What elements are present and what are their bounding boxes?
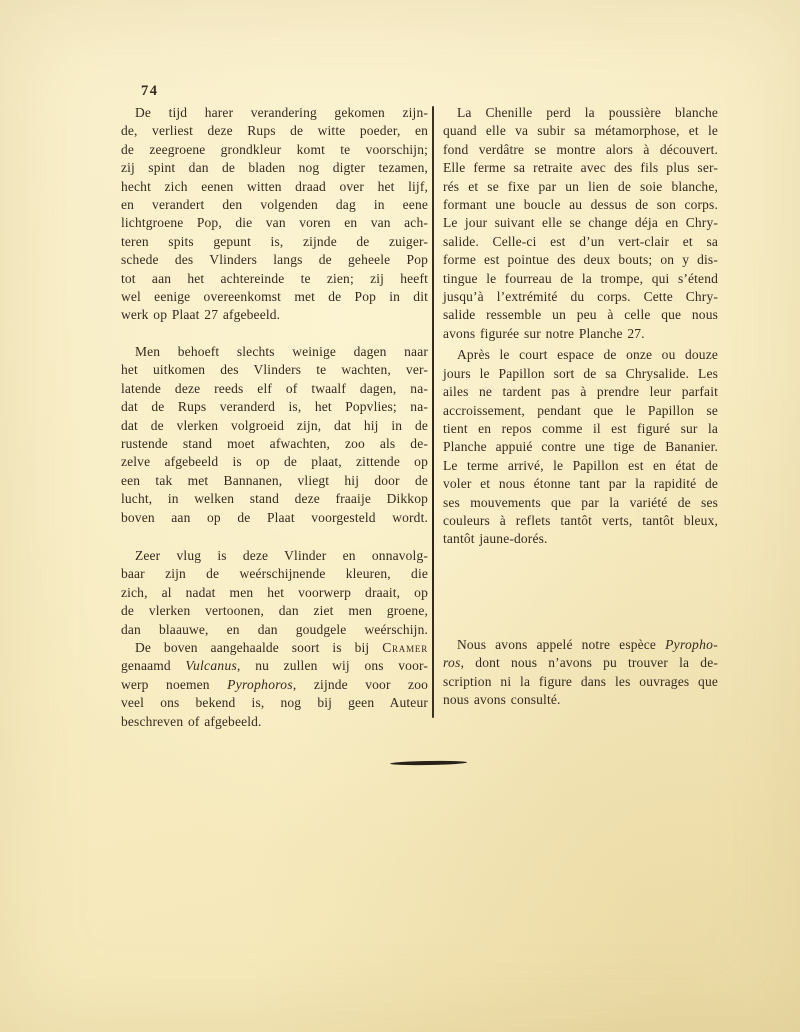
text-line: latende deze reeds elf of twaalf dagen, … xyxy=(121,380,428,398)
text-line: een tak met Bannanen, vliegt hij door de xyxy=(121,472,428,490)
text-line: tingue le fourreau de la trompe, qui s’é… xyxy=(443,270,718,288)
text-line: werp noemen Pyrophoros, zijnde voor zoo xyxy=(121,676,428,694)
text-line: de zeegroene grondkleur komt te voorschi… xyxy=(121,141,428,159)
text-line: baar zijn de weérschijnende kleuren, die xyxy=(121,565,428,583)
text-line: lichtgroene Pop, die van voren en van ac… xyxy=(121,214,428,232)
text-line: ros, dont nous n’avons pu trouver la de- xyxy=(443,654,718,672)
text-line: lucht, in welken stand deze fraaije Dikk… xyxy=(121,490,428,508)
text-line: boven aan op de Plaat voorgesteld wordt. xyxy=(121,509,428,527)
text-line: jours le Papillon sort de sa Chrysalide.… xyxy=(443,365,718,383)
text-line: quand elle va subir sa métamorphose, et … xyxy=(443,122,718,140)
text-line: teren spits gepunt is, zijnde de zuiger- xyxy=(121,233,428,251)
text-line: formant une boucle au dessus de son corp… xyxy=(443,196,718,214)
text-line: schede des Vlinders langs de geheele Pop xyxy=(121,251,428,269)
text-line: wel eenige overeenkomst met de Pop in di… xyxy=(121,288,428,306)
text-columns: De tijd harer verandering gekomen zijn- … xyxy=(121,104,718,731)
text-segment: , zijnde voor zoo xyxy=(293,677,428,692)
text-line: de, verliest deze Rups de witte poeder, … xyxy=(121,122,428,140)
text-line: accroissement, pendant que le Papillon s… xyxy=(443,402,718,420)
text-line: dan blaauwe, en dan goudgele weérschijn. xyxy=(121,621,428,639)
species-name-italic: ros xyxy=(443,655,461,670)
right-column-french: La Chenille perd la poussière blanche qu… xyxy=(443,104,718,709)
text-line: avons figurée sur notre Planche 27. xyxy=(443,325,718,343)
paragraph: Zeer vlug is deze Vlinder en onnavolg- b… xyxy=(121,547,428,731)
text-line: Le terme arrivé, le Papillon est en état… xyxy=(443,457,718,475)
page-number: 74 xyxy=(141,83,159,100)
text-line: veel ons bekend is, nog bij geen Auteur xyxy=(121,694,428,712)
paragraph: La Chenille perd la poussière blanche qu… xyxy=(443,104,718,343)
text-line: fond verdâtre se montre alors à découver… xyxy=(443,141,718,159)
text-line: zij spint dan de bladen nog digter tezam… xyxy=(121,159,428,177)
text-line: en verandert den volgenden dag in eene xyxy=(121,196,428,214)
text-segment: De boven aangehaalde soort is bij xyxy=(135,640,382,655)
text-line: ses mouvements que par la variété de ses xyxy=(443,494,718,512)
text-line: nous avons consulté. xyxy=(443,691,718,709)
text-line: salide. Celle-ci est d’un vert-clair et … xyxy=(443,233,718,251)
text-line: tantôt jaune-dorés. xyxy=(443,530,718,548)
text-line: de vlerken vertoonen, dan ziet men groen… xyxy=(121,602,428,620)
text-line: couleurs à reflets tantôt verts, tantôt … xyxy=(443,512,718,530)
text-line: werk op Plaat 27 afgebeeld. xyxy=(121,306,428,324)
section-end-rule xyxy=(390,760,467,765)
left-column-dutch: De tijd harer verandering gekomen zijn- … xyxy=(121,104,428,731)
species-name-italic: Pyrophoros xyxy=(227,677,293,692)
text-line: tot aan het achtereinde te zien; zij hee… xyxy=(121,270,428,288)
text-line: Zeer vlug is deze Vlinder en onnavolg- xyxy=(121,547,428,565)
column-divider-rule xyxy=(432,106,434,718)
text-line: Nous avons appelé notre espèce Pyropho- xyxy=(443,636,718,654)
text-line: Planche appuié contre une tige de Banani… xyxy=(443,438,718,456)
text-segment: werp noemen xyxy=(121,677,227,692)
text-segment: , nu zullen wij ons voor- xyxy=(237,658,428,673)
text-line: tient en repos comme il est figuré sur l… xyxy=(443,420,718,438)
paragraph: Men behoeft slechts weinige dagen naar h… xyxy=(121,343,428,527)
author-name-smallcaps: Cramer xyxy=(382,640,428,655)
text-line: genaamd Vulcanus, nu zullen wij ons voor… xyxy=(121,657,428,675)
text-segment: Nous avons appelé notre espèce xyxy=(457,637,665,652)
text-line: zich, al nadat men het voorwerp draait, … xyxy=(121,584,428,602)
species-name-italic: Pyropho- xyxy=(665,637,718,652)
text-line: forme est pointue des deux bouts; on y d… xyxy=(443,251,718,269)
text-line: dat de Rups veranderd is, het Popvlies; … xyxy=(121,398,428,416)
species-name-italic: Vulcanus xyxy=(185,658,237,673)
text-segment: , dont nous n’avons pu trouver la de- xyxy=(461,655,718,670)
text-line: het uitkomen des Vlinders te wachten, ve… xyxy=(121,361,428,379)
text-line: zelve afgebeeld is op de plaat, zittende… xyxy=(121,453,428,471)
text-line: jusqu’à l’extrémité du corps. Cette Chry… xyxy=(443,288,718,306)
text-line: De boven aangehaalde soort is bij Cramer xyxy=(121,639,428,657)
text-line: dat de vlerken volgroeid zijn, dat hij i… xyxy=(121,417,428,435)
text-line: rés et se fixe par un lien de soie blanc… xyxy=(443,178,718,196)
text-line: salide ressemble un peu à celle que nous xyxy=(443,306,718,324)
text-line: rustende stand moet afwachten, zoo als d… xyxy=(121,435,428,453)
paragraph: Nous avons appelé notre espèce Pyropho- … xyxy=(443,636,718,710)
paragraph: Après le court espace de onze ou douze j… xyxy=(443,346,718,548)
text-line: hecht zich eenen witten draad over het l… xyxy=(121,178,428,196)
text-line: De tijd harer verandering gekomen zijn- xyxy=(121,104,428,122)
text-line: voler et nous étonne tant par la rapidit… xyxy=(443,475,718,493)
paragraph: De tijd harer verandering gekomen zijn- … xyxy=(121,104,428,325)
text-line: Après le court espace de onze ou douze xyxy=(443,346,718,364)
text-line: Le jour suivant elle se change déja en C… xyxy=(443,214,718,232)
text-line: beschreven of afgebeeld. xyxy=(121,713,428,731)
text-line: Elle ferme sa retraite avec des fils plu… xyxy=(443,159,718,177)
text-line: scription ni la figure dans les ouvrages… xyxy=(443,673,718,691)
text-line: ailes ne tardent pas à prendre leur parf… xyxy=(443,383,718,401)
text-line: La Chenille perd la poussière blanche xyxy=(443,104,718,122)
text-segment: genaamd xyxy=(121,658,185,673)
text-line: Men behoeft slechts weinige dagen naar xyxy=(121,343,428,361)
